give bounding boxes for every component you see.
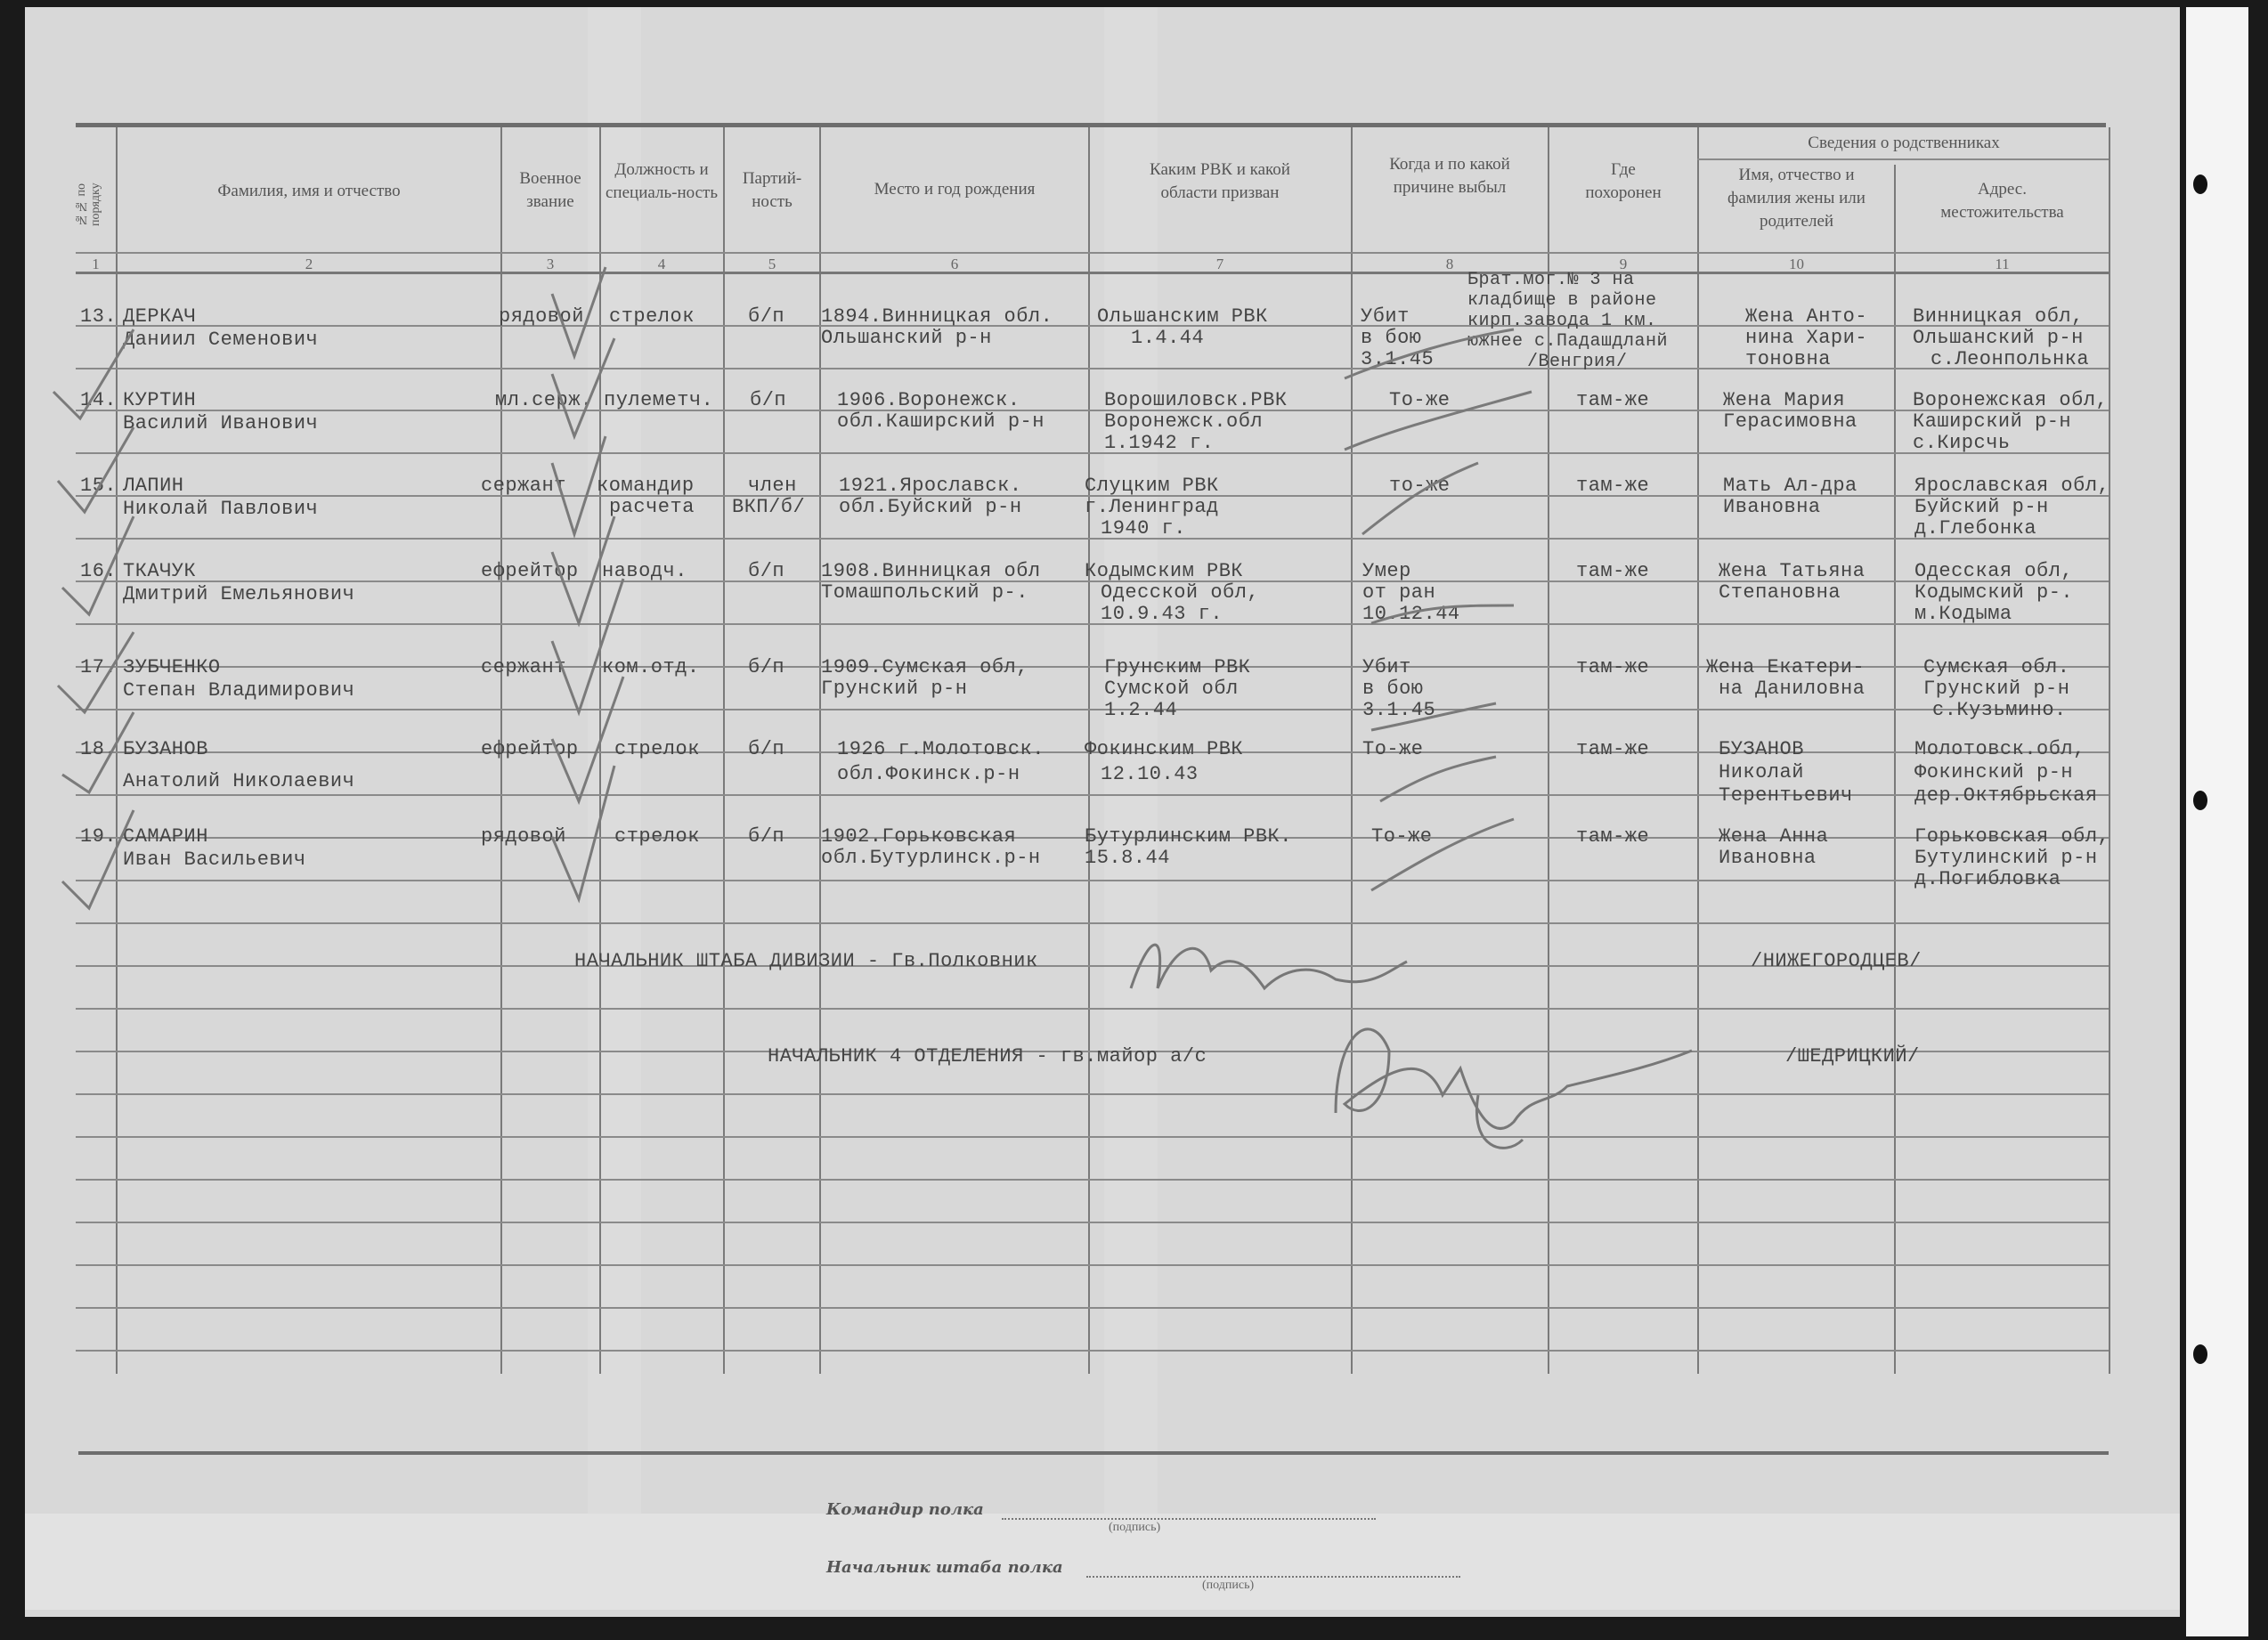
- punch-hole: [2193, 1344, 2207, 1364]
- chief-of-staff-name: /НИЖЕГОРОДЦЕВ/: [1751, 951, 1922, 972]
- commander-label: Командир полка: [826, 1500, 984, 1519]
- page-margin: [2186, 7, 2248, 1636]
- punch-hole: [2193, 175, 2207, 194]
- col-header-name: Фамилия, имя и отчество: [118, 180, 500, 203]
- section-chief-title: НАЧАЛЬНИК 4 ОТДЕЛЕНИЯ - гв.майор а/с: [768, 1046, 1207, 1068]
- paper-bottom-strip: [25, 1514, 2180, 1610]
- col-header-party: Партий-ность: [725, 167, 819, 214]
- col-header-left: Когда и по какой причине выбыл: [1353, 153, 1547, 199]
- punch-hole: [2193, 791, 2207, 810]
- col-header-address: Адрес. местожительства: [1896, 178, 2109, 224]
- col-header-rank: Военное звание: [502, 167, 598, 214]
- section-chief-name: /ШЕДРИЦКИЙ/: [1785, 1046, 1920, 1068]
- chief-of-staff-title: НАЧАЛЬНИК ШТАБА ДИВИЗИИ - Гв.Полковник: [574, 951, 1038, 972]
- chief-of-staff-label: Начальник штаба полка: [826, 1558, 1063, 1577]
- col-header-birth: Место и год рождения: [821, 178, 1088, 201]
- document-page: [25, 7, 2180, 1617]
- col-header-post: Должность и специаль-ность: [600, 158, 723, 205]
- col-header-relative-name: Имя, отчество и фамилия жены или родител…: [1699, 164, 1894, 233]
- col-header-rvk: Каким РВК и какой области призван: [1090, 158, 1350, 205]
- signature-hint: (подпись): [1202, 1579, 1254, 1593]
- signature-hint: (подпись): [1109, 1521, 1160, 1535]
- col-header-buried: Где похоронен: [1549, 158, 1697, 205]
- commander-signature-line: [1002, 1518, 1376, 1520]
- table-top-rule: [76, 123, 2106, 127]
- table-bottom-rule: [78, 1451, 2109, 1455]
- col-header-number: №№ по порядку: [75, 160, 110, 249]
- chief-signature-line: [1086, 1576, 1460, 1578]
- fold-shade: [588, 7, 641, 1610]
- fold-shade: [1104, 7, 1158, 1610]
- col-header-relatives: Сведения о родственниках: [1699, 132, 2109, 155]
